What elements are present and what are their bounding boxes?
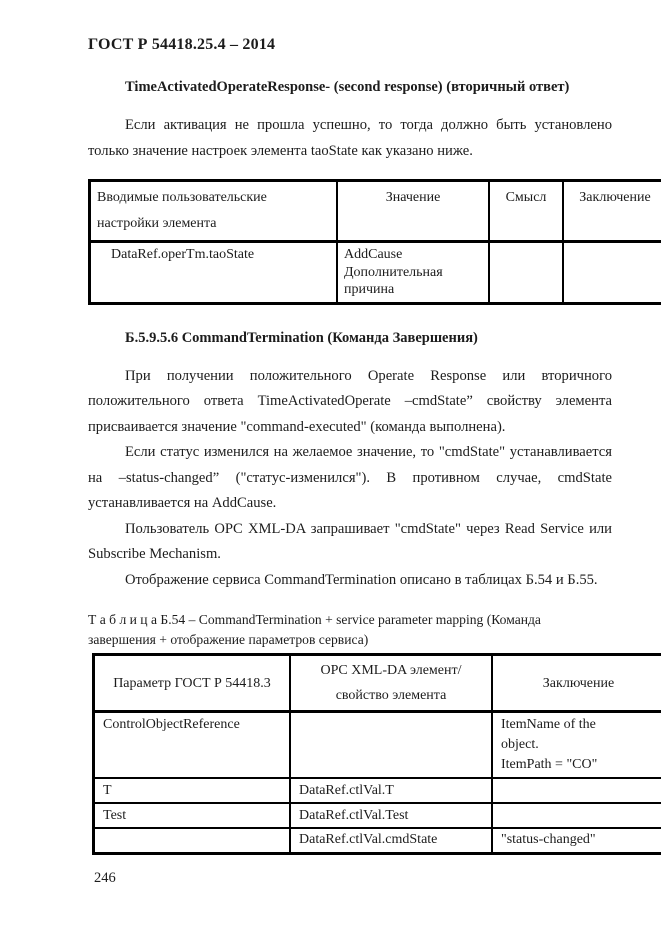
- table-row: Test DataRef.ctlVal.Test: [94, 803, 661, 828]
- section-heading: Б.5.9.5.6 CommandTermination (Команда За…: [125, 330, 612, 347]
- table-cell: DataRef.operTm.taoState: [90, 242, 338, 304]
- table-caption: Т а б л и ц а Б.54 – CommandTermination …: [88, 610, 612, 650]
- paragraph-mapping-ref: Отображение сервиса CommandTermination о…: [88, 568, 612, 594]
- table-cell: [290, 712, 492, 779]
- table-cell: Test: [94, 803, 291, 828]
- doc-number: ГОСТ Р 54418.25.4 – 2014: [88, 36, 612, 54]
- table-cell: "status-changed": [492, 828, 661, 853]
- table-cell: AddCause Дополнительная причина: [337, 242, 489, 304]
- table-cell: DataRef.ctlVal.T: [290, 778, 492, 803]
- table-cell: ControlObjectReference: [94, 712, 291, 779]
- table-header-cell: Смысл: [489, 181, 563, 242]
- table-cell: [492, 778, 661, 803]
- page-number: 246: [94, 870, 116, 887]
- table-header-cell: Параметр ГОСТ Р 54418.3: [94, 655, 291, 712]
- table-row: DataRef.ctlVal.cmdState "status-changed": [94, 828, 661, 853]
- table-header-cell: OPC XML-DA элемент/ свойство элемента: [290, 655, 492, 712]
- command-termination-table: Параметр ГОСТ Р 54418.3 OPC XML-DA элеме…: [92, 653, 661, 855]
- paragraph-opc-user: Пользователь OPC XML-DA запрашивает "cmd…: [88, 517, 612, 568]
- table-header-cell: Значение: [337, 181, 489, 242]
- document-page: ГОСТ Р 54418.25.4 – 2014 TimeActivatedOp…: [0, 0, 661, 935]
- paragraph-status-changed: Если статус изменился на желаемое значен…: [88, 440, 612, 517]
- table-cell: DataRef.ctlVal.cmdState: [290, 828, 492, 853]
- tao-state-table: Вводимые пользовательские настройки элем…: [88, 179, 661, 305]
- table-cell: T: [94, 778, 291, 803]
- table-header-cell: Заключение: [492, 655, 661, 712]
- table-header-row: Параметр ГОСТ Р 54418.3 OPC XML-DA элеме…: [94, 655, 661, 712]
- paragraph-activation: Если активация не прошла успешно, то тог…: [88, 113, 612, 164]
- paragraph-operate-response: При получении положительного Operate Res…: [88, 364, 612, 441]
- table-cell: [94, 828, 291, 853]
- table-header-cell: Вводимые пользовательские настройки элем…: [90, 181, 338, 242]
- table-row: DataRef.operTm.taoState AddCause Дополни…: [90, 242, 661, 304]
- table-row: T DataRef.ctlVal.T: [94, 778, 661, 803]
- table-cell: ItemName of the object. ItemPath = "CO": [492, 712, 661, 779]
- table-cell: [489, 242, 563, 304]
- table-header-row: Вводимые пользовательские настройки элем…: [90, 181, 661, 242]
- table-row: ControlObjectReference ItemName of the o…: [94, 712, 661, 779]
- table-header-cell: Заключение: [563, 181, 661, 242]
- table-cell: DataRef.ctlVal.Test: [290, 803, 492, 828]
- table-cell: [492, 803, 661, 828]
- table-cell: [563, 242, 661, 304]
- response-heading: TimeActivatedOperateResponse- (second re…: [125, 79, 612, 96]
